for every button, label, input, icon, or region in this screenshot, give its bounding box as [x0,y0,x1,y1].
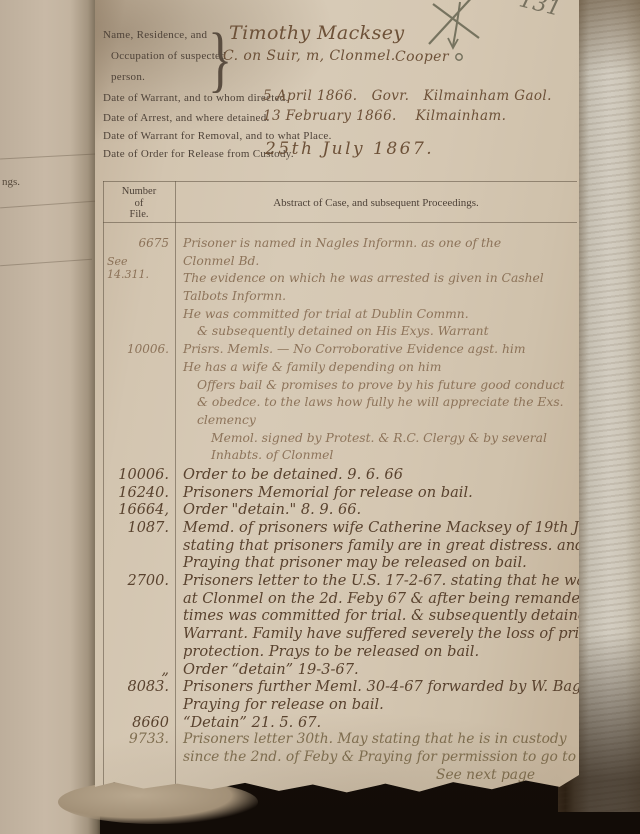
file-number-column-header: Number of File. [103,186,175,221]
ruled-line [0,259,92,266]
abstract-line: times was committed for trial. & subsequ… [175,607,640,624]
table-row: 16664,Order "detain." 8. 9. 66. [103,501,577,519]
table-row: 8083.Prisoners further Meml. 30-4-67 for… [103,678,577,696]
table-row: 1087.Memd. of prisoners wife Catherine M… [103,519,577,537]
file-number: See 14.311. [103,255,175,281]
abstract-line: protection. Prays to be released on bail… [175,643,577,660]
previous-page-text-fragment: ngs. [2,176,20,188]
table-row: 8660“Detain” 21. 5. 67. [103,714,577,732]
abstract-line: Talbots Informn. [175,289,577,303]
abstract-line: Praying for release on bail. [175,696,577,713]
abstract-line: Inhabts. of Clonmel [175,448,577,462]
abstract-column-header: Abstract of Case, and subsequent Proceed… [175,197,577,209]
abstract-line: Prisoners letter 30th. May stating that … [175,731,577,747]
table-row: Inhabts. of Clonmel [103,448,577,466]
table-row: Talbots Informn. [103,289,577,307]
table-row: & obedce. to the laws how fully he will … [103,395,577,413]
table-row: 10006.Prisrs. Memls. — No Corroborative … [103,342,577,360]
abstract-line: He was committed for trial at Dublin Com… [175,307,577,321]
abstract-line: Order to be detained. 9. 6. 66 [175,466,577,483]
table-row: & subsequently detained on His Exys. War… [103,324,577,342]
abstract-line: “Detain” 21. 5. 67. [175,714,577,731]
abstract-line: & subsequently detained on His Exys. War… [175,324,577,338]
abstract-line: Memd. of prisoners wife Catherine Mackse… [175,519,629,536]
file-number: 9733. [103,731,175,747]
register-page: 131 Name, Residence, and Occupation of s… [95,0,579,794]
table-row: times was committed for trial. & subsequ… [103,607,577,625]
name-label-line1: Name, Residence, and [103,29,207,41]
table-row: He was committed for trial at Dublin Com… [103,307,577,325]
abstract-line: at Clonmel on the 2d. Feby 67 & after be… [175,590,640,607]
abstract-line: See next page [175,767,577,783]
file-number: „ [103,662,175,678]
arrest-date-value: 13 February 1866. Kilmainham. [263,108,506,124]
file-number: 8083. [103,679,175,695]
table-row: 10006.Order to be detained. 9. 6. 66 [103,466,577,484]
table-row: Memol. signed by Protest. & R.C. Clergy … [103,431,577,449]
arrest-date-label: Date of Arrest, and where detained. [103,112,270,124]
abstract-line: Clonmel Bd. [175,254,577,268]
table-row: Praying for release on bail. [103,696,577,714]
abstract-line: Memol. signed by Protest. & R.C. Clergy … [175,431,577,445]
file-number: 16240. [103,485,175,501]
table-row: 6675Prisoner is named in Nagles Informn.… [103,236,577,254]
table-row: 9733.Prisoners letter 30th. May stating … [103,731,577,749]
abstract-line: Prisoners Memorial for release on bail. [175,484,577,501]
table-row: See 14.311.Clonmel Bd. [103,254,577,272]
table-row: Praying that prisoner may be released on… [103,554,577,572]
file-number: 6675 [103,236,175,250]
abstract-line: Offers bail & promises to prove by his f… [175,378,577,392]
abstract-line: Prisoners letter to the U.S. 17-2-67. st… [175,572,640,589]
file-number: 1087. [103,520,175,536]
table-row: He has a wife & family depending on him [103,360,577,378]
file-number: 2700. [103,573,175,589]
file-number: 16664, [103,502,175,518]
table-row: See next page [103,767,577,785]
abstract-line: Prisrs. Memls. — No Corroborative Eviden… [175,342,577,356]
abstract-line: clemency [175,413,577,427]
abstract-line: since the 2nd. of Feby & Praying for per… [175,749,639,765]
name-label-line3: person. [111,71,145,83]
abstract-line: & obedce. to the laws how fully he will … [175,395,577,409]
abstract-line: Order "detain." 8. 9. 66. [175,501,577,518]
residence-value: C. on Suir, m, Clonmel. [223,48,396,64]
page-bottom-curl [58,780,258,824]
file-number: 10006. [103,467,175,483]
release-date-value: 25th July 1867. [265,139,434,159]
name-value: Timothy Macksey [229,22,405,44]
file-number: 8660 [103,715,175,731]
abstract-line: Prisoner is named in Nagles Informn. as … [175,236,577,250]
table-row: protection. Prays to be released on bail… [103,643,577,661]
table-row: stating that prisoners family are in gre… [103,537,577,555]
table-row: clemency [103,413,577,431]
abstract-line: The evidence on which he was arrested is… [175,271,577,285]
warrant-date-value: 5 April 1866. Govr. Kilmainham Gaol. [263,88,552,104]
abstract-line: Order “detain” 19-3-67. [175,661,577,678]
table-row: 16240.Prisoners Memorial for release on … [103,484,577,502]
previous-page-strip: ngs. [0,0,100,834]
table-row: at Clonmel on the 2d. Feby 67 & after be… [103,590,577,608]
abstract-rows: 6675Prisoner is named in Nagles Informn.… [103,236,577,784]
abstract-line: Warrant. Family have suffered severely t… [175,625,628,642]
table-row: The evidence on which he was arrested is… [103,271,577,289]
file-number: 10006. [103,342,175,356]
abstract-line: He has a wife & family depending on him [175,360,577,374]
ruled-line [0,153,96,159]
table-row: Warrant. Family have suffered severely t… [103,625,577,643]
table-row: „Order “detain” 19-3-67. [103,661,577,679]
occupation-value: Cooper [395,49,449,65]
abstract-line: Praying that prisoner may be released on… [175,554,577,571]
table-row: 2700.Prisoners letter to the U.S. 17-2-6… [103,572,577,590]
pencil-circle-mark [456,54,462,60]
warrant-date-label: Date of Warrant, and to whom directed. [103,92,289,104]
abstract-line: stating that prisoners family are in gre… [175,537,585,554]
abstract-line: Prisoners further Meml. 30-4-67 forwarde… [175,678,640,695]
ruled-line [0,201,96,209]
register-photo: ngs. 131 Name, Residence, and Occupation… [0,0,640,834]
table-row: Offers bail & promises to prove by his f… [103,378,577,396]
table-row: since the 2nd. of Feby & Praying for per… [103,749,577,767]
